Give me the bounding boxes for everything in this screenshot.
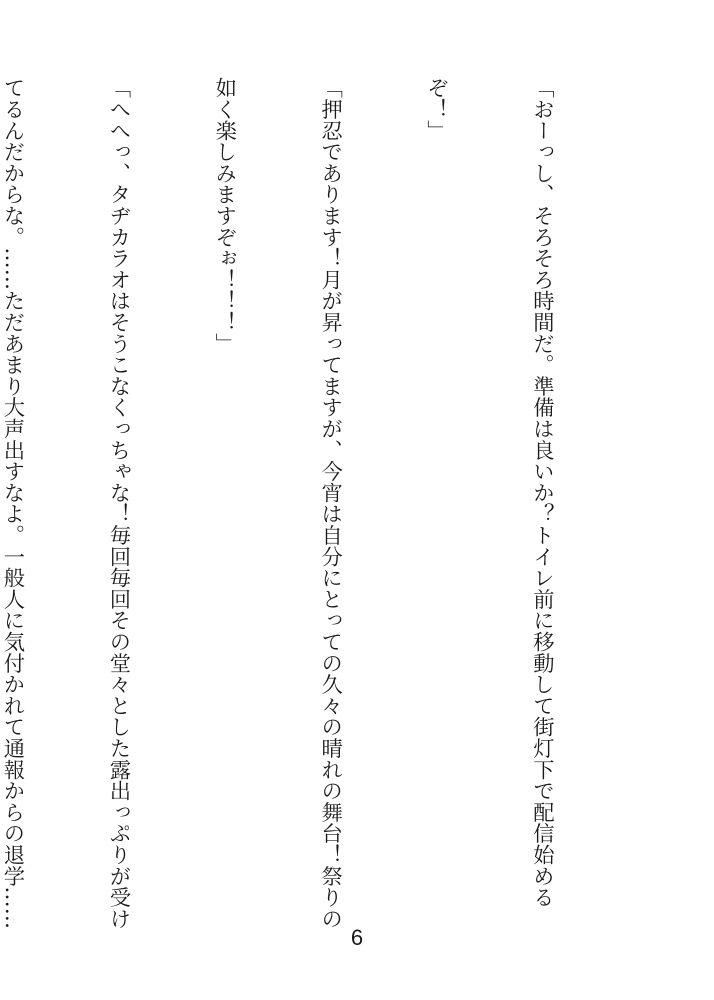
text-line-dialogue: 「おーっし、そろそろ時間だ。準備は良いか？トイレ前に移動して街灯下で配信始める xyxy=(524,77,559,917)
text-line-dialogue: ぞ！」 xyxy=(418,77,453,917)
page-number: 6 xyxy=(0,925,714,951)
text-line-dialogue: 如く楽しみますぞぉ！！！」 xyxy=(206,77,241,917)
text-line-dialogue: てるんだからな。……ただあまり大声出すなよ。一般人に気付かれて通報からの退学…… xyxy=(0,77,30,917)
text-line-dialogue: 「押忍であります！月が昇ってますが、今宵は自分にとっての久々の晴れの舞台！祭りの xyxy=(312,77,347,917)
book-page: 「おーっし、そろそろ時間だ。準備は良いか？トイレ前に移動して街灯下で配信始める … xyxy=(0,0,714,1000)
vertical-text-body: 「おーっし、そろそろ時間だ。準備は良いか？トイレ前に移動して街灯下で配信始める … xyxy=(0,77,630,917)
text-line-dialogue: 「へへっ、タヂカラオはそうこなくっちゃな！毎回毎回その堂々とした露出っぷりが受け xyxy=(101,77,136,917)
